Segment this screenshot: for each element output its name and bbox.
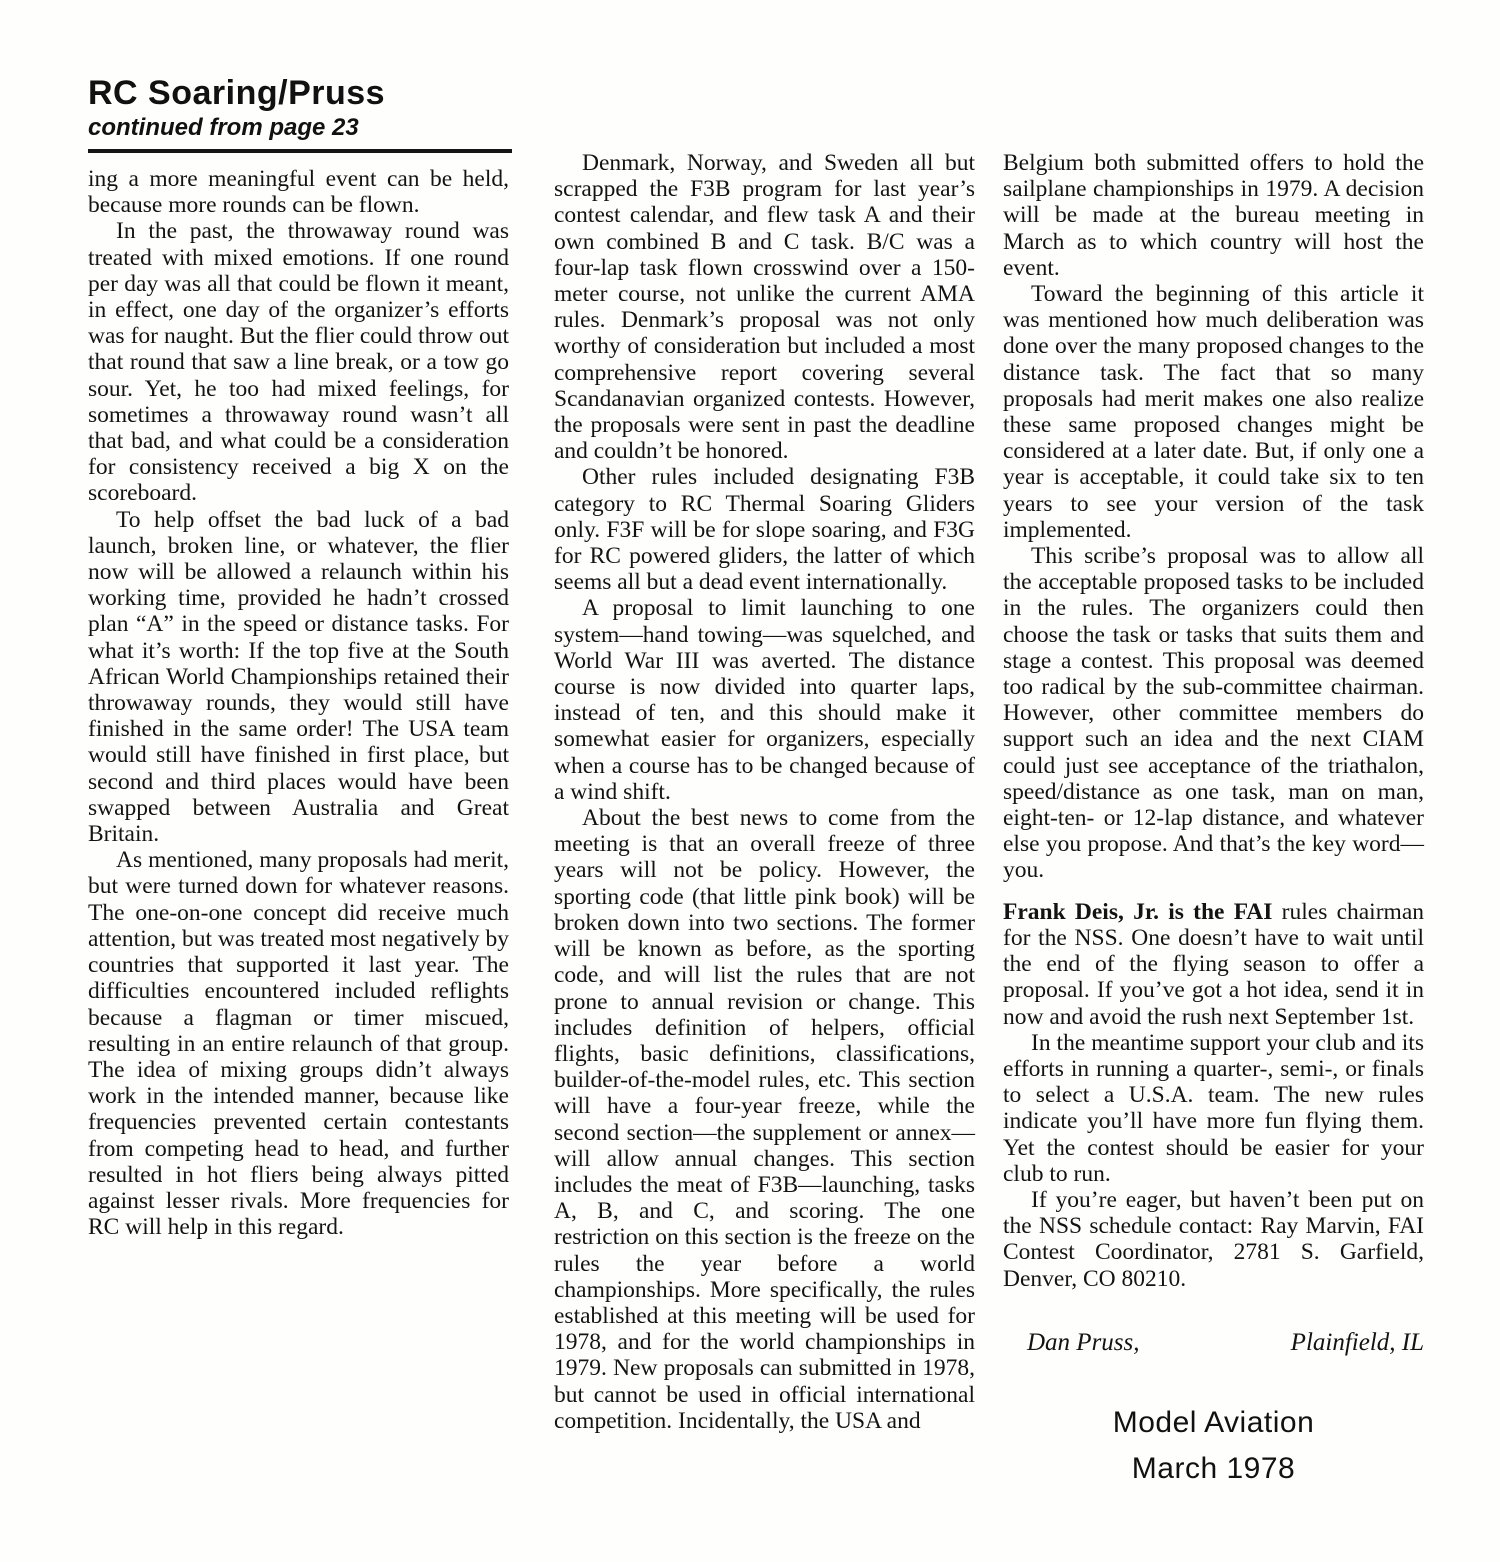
paragraph: Other rules included designating F3B cat… (554, 464, 975, 595)
article-title: RC Soaring/Pruss (88, 74, 512, 112)
paragraph: ing a more meaningful event can be held,… (88, 166, 509, 218)
paragraph: To help offset the bad luck of a bad lau… (88, 507, 509, 848)
magazine-page: RC Soaring/Pruss continued from page 23 … (0, 0, 1500, 1562)
author-name: Dan Pruss, (1027, 1330, 1140, 1356)
article-header: RC Soaring/Pruss continued from page 23 (88, 74, 512, 153)
column-2: Denmark, Norway, and Sweden all but scra… (554, 150, 975, 1434)
paragraph: Belgium both submitted offers to hold th… (1003, 150, 1424, 281)
publication-name: Model Aviation (1003, 1400, 1424, 1446)
bold-lead-frank-deis: Frank Deis, Jr. is the FAI (1003, 899, 1272, 925)
paragraph: This scribe’s proposal was to allow all … (1003, 543, 1424, 884)
paragraph: If you’re eager, but haven’t been put on… (1003, 1187, 1424, 1292)
paragraph-with-bold-lead: Frank Deis, Jr. is the FAI rules chairma… (1003, 899, 1424, 1030)
header-rule (88, 149, 512, 153)
paragraph: In the meantime support your club and it… (1003, 1030, 1424, 1187)
paragraph: In the past, the throwaway round was tre… (88, 218, 509, 506)
paragraph: A proposal to limit launching to one sys… (554, 595, 975, 805)
author-signature: Dan Pruss, Plainfield, IL (1003, 1330, 1424, 1356)
paragraph: Denmark, Norway, and Sweden all but scra… (554, 150, 975, 464)
continued-from-note: continued from page 23 (88, 114, 512, 141)
author-location: Plainfield, IL (1291, 1330, 1424, 1356)
paragraph: About the best news to come from the mee… (554, 805, 975, 1434)
paragraph: Toward the beginning of this article it … (1003, 281, 1424, 543)
column-3: Belgium both submitted offers to hold th… (1003, 150, 1424, 1492)
publication-footer: Model Aviation March 1978 (1003, 1400, 1424, 1492)
publication-issue: March 1978 (1003, 1446, 1424, 1492)
paragraph: As mentioned, many proposals had merit, … (88, 847, 509, 1240)
column-1: ing a more meaningful event can be held,… (88, 166, 509, 1240)
